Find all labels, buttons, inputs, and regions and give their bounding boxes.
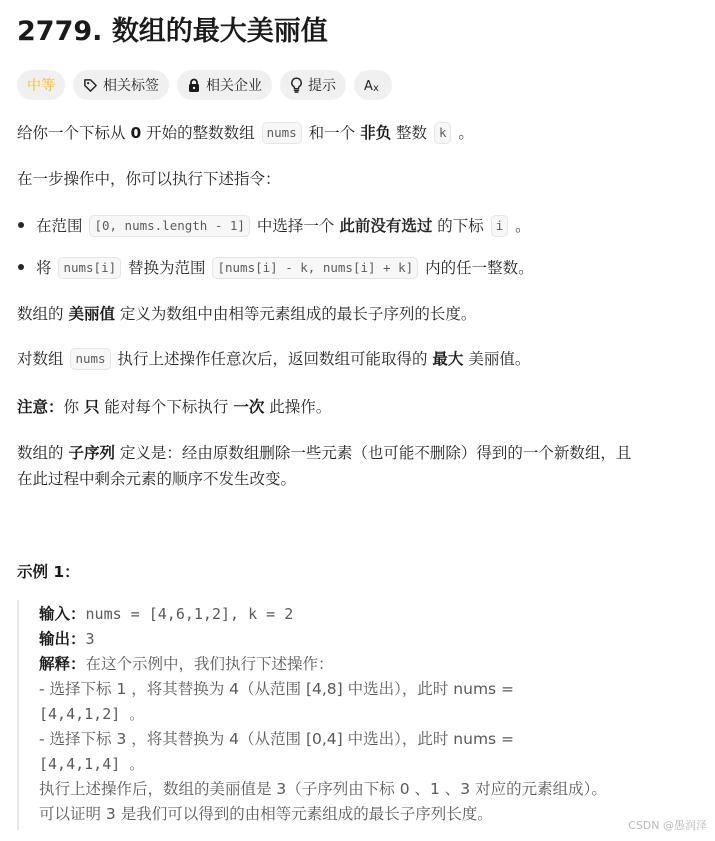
code-nums-i: nums[i] [58,257,121,279]
tag-icon [83,78,98,93]
related-companies-button[interactable]: 相关企业 [177,70,272,100]
example-explanation-line: [4,4,1,2] 。 [39,702,707,727]
example-explanation: 解释：在这个示例中，我们执行下述操作： [39,652,707,677]
example-1-block: 输入：nums = [4,6,1,2], k = 2 输出：3 解释：在这个示例… [17,600,707,830]
description-paragraph-1: 给你一个下标从 0 开始的整数数组 nums 和一个 非负 整数 k 。 [17,121,474,145]
example-1-title: 示例 1： [17,560,80,584]
example-explanation-line: - 选择下标 3 ，将其替换为 4（从范围 [0,4] 中选出），此时 nums… [39,727,707,752]
related-companies-label: 相关企业 [206,75,262,95]
tag-bar: 中等 相关标签 相关企业 提示 Ax [17,70,392,100]
code-range: [0, nums.length - 1] [89,215,250,237]
watermark: CSDN @愚润泽 [628,817,707,833]
problem-title-text: 数组的最大美丽值 [112,16,328,47]
code-nums: nums [262,122,302,144]
description-note: 注意：你 只 能对每个下标执行 一次 此操作。 [17,395,331,419]
related-tags-button[interactable]: 相关标签 [73,70,169,100]
code-nums: nums [70,348,110,370]
svg-text:A: A [364,79,373,93]
lock-icon [187,78,201,93]
description-paragraph-3: 数组的 美丽值 定义为数组中由相等元素组成的最长子序列的长度。 [17,302,476,326]
code-replace-range: [nums[i] - k, nums[i] + k] [212,257,418,279]
code-i: i [491,215,509,237]
svg-text:x: x [373,83,379,93]
description-paragraph-6: 数组的 子序列 定义是：经由原数组删除一些元素（也可能不删除）得到的一个新数组，… [17,441,631,465]
example-input: 输入：nums = [4,6,1,2], k = 2 [39,602,707,627]
problem-title[interactable]: 2779. 数组的最大美丽值 [17,14,328,50]
example-output: 输出：3 [39,627,707,652]
bullet-item-1: 在范围 [0, nums.length - 1] 中选择一个 此前没有选过 的下… [17,214,531,238]
example-explanation-line: 执行上述操作后，数组的美丽值是 3（子序列由下标 0 、1 、3 对应的元素组成… [39,777,707,802]
description-paragraph-4: 对数组 nums 执行上述操作任意次后，返回数组可能取得的 最大 美丽值。 [17,347,530,371]
example-explanation-line: 可以证明 3 是我们可以得到的由相等元素组成的最长子序列长度。 [39,802,707,827]
translate-button[interactable]: Ax [354,70,392,100]
difficulty-label: 中等 [27,75,55,95]
description-paragraph-6-line-2: 在此过程中剩余元素的顺序不发生改变。 [17,467,296,491]
example-explanation-line: - 选择下标 1 ，将其替换为 4（从范围 [4,8] 中选出），此时 nums… [39,677,707,702]
bullet-dot [18,264,24,270]
bullet-item-2: 将 nums[i] 替换为范围 [nums[i] - k, nums[i] + … [17,256,534,280]
hint-button[interactable]: 提示 [280,70,346,100]
difficulty-badge[interactable]: 中等 [17,70,65,100]
problem-number: 2779. [17,16,102,47]
lightbulb-icon [290,77,303,93]
translate-icon: Ax [364,77,382,93]
description-paragraph-2: 在一步操作中，你可以执行下述指令： [17,167,281,191]
related-tags-label: 相关标签 [103,75,159,95]
hint-label: 提示 [308,75,336,95]
bullet-dot [18,222,24,228]
code-k: k [434,122,452,144]
example-explanation-line: [4,4,1,4] 。 [39,752,707,777]
